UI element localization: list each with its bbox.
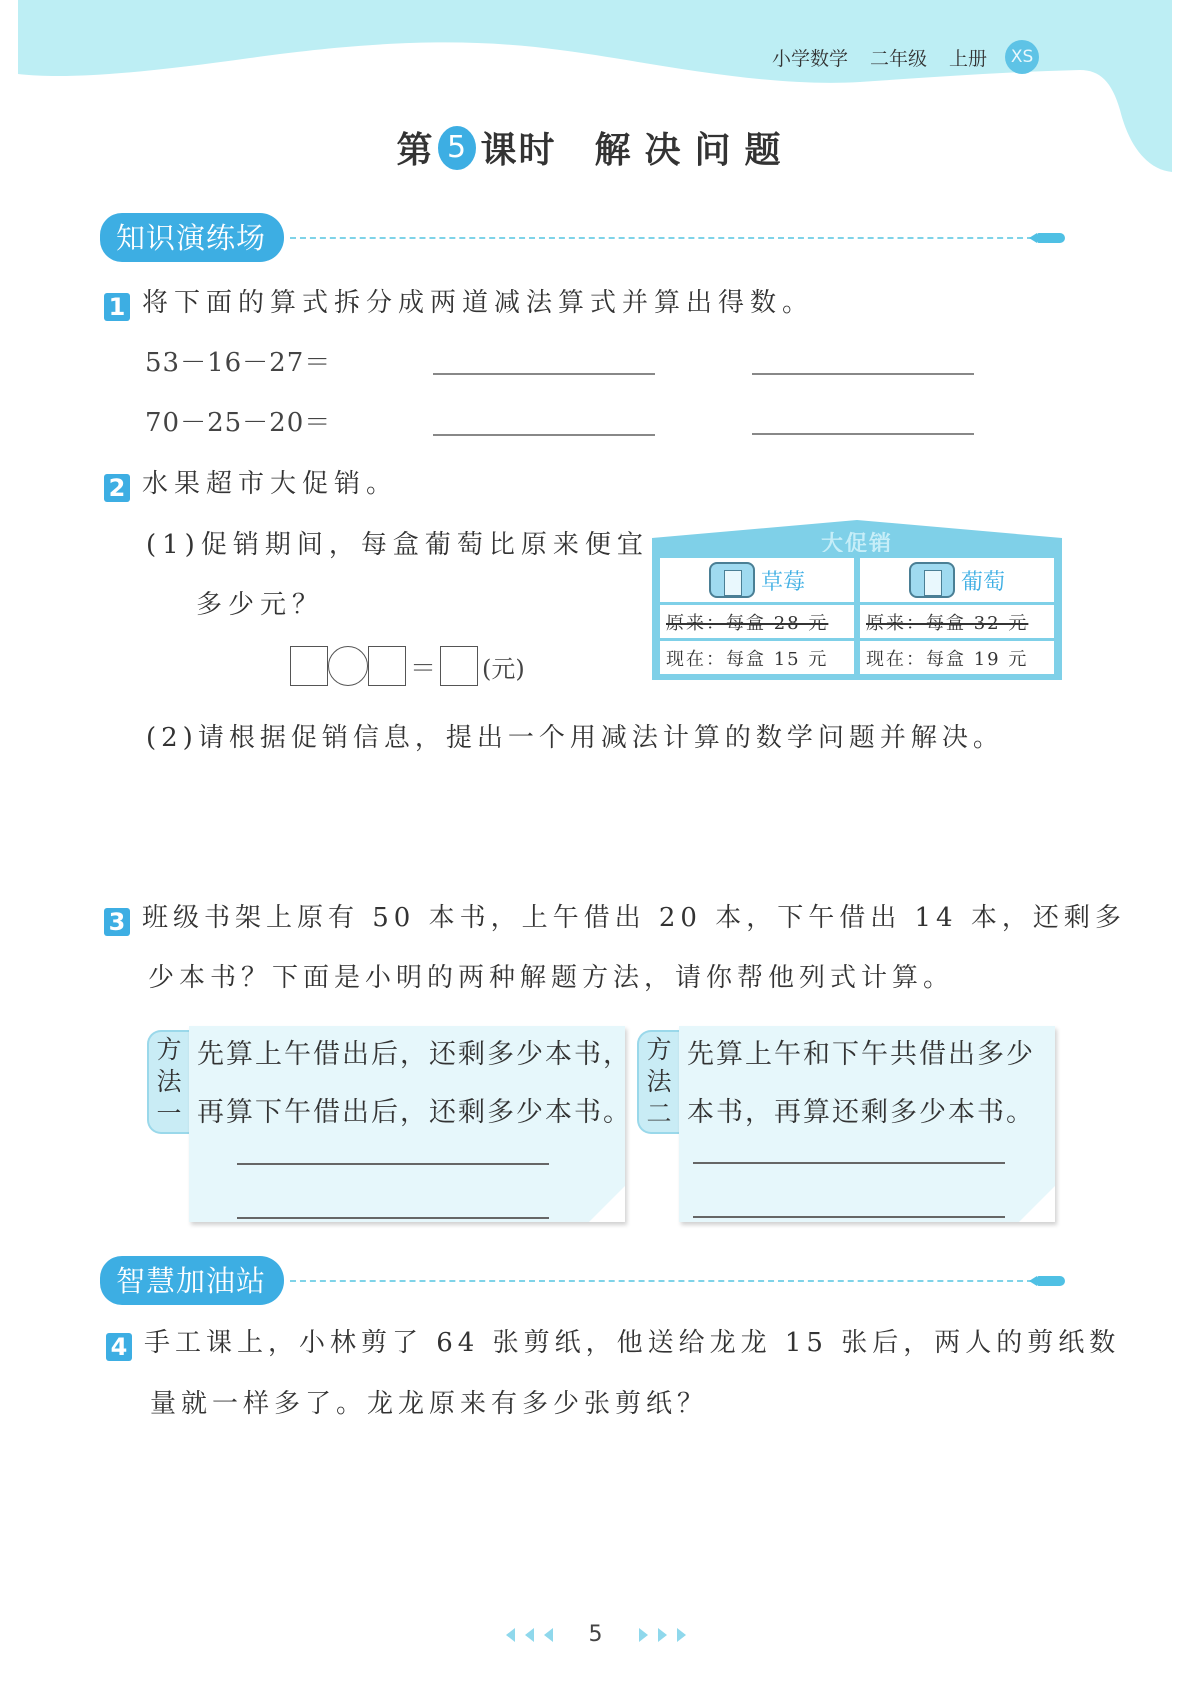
left-arrow-icon	[506, 1628, 515, 1642]
pencil-icon	[1037, 233, 1065, 243]
grade-label: 二年级	[870, 44, 927, 71]
dashed-divider	[290, 237, 1033, 239]
answer-blank[interactable]	[237, 1217, 549, 1219]
answer-formula: ＝ (元)	[290, 646, 525, 686]
subject-label: 小学数学	[772, 44, 848, 71]
page-fold-corner	[1019, 1186, 1055, 1222]
left-arrow-icon	[544, 1628, 553, 1642]
tab-char: 方	[646, 1034, 671, 1066]
product-name-row: 草莓	[660, 558, 854, 602]
question-2-part-2: (2)请根据促销信息，提出一个用减法计算的数学问题并解决。	[146, 717, 1004, 754]
question-text: 将下面的算式拆分成两道减法算式并算出得数。	[142, 288, 814, 318]
tab-char: 法	[646, 1066, 671, 1098]
xs-badge: XS	[1005, 40, 1039, 74]
section-label: 智慧加油站	[100, 1256, 284, 1305]
promo-item-strawberry: 草莓 原来：每盒 28 元 现在：每盒 15 元	[660, 558, 854, 674]
method-description: 先算上午和下午共借出多少 本书，再算还剩多少本书。	[687, 1026, 1035, 1142]
method-card-2: 方 法 二 先算上午和下午共借出多少 本书，再算还剩多少本书。	[637, 1026, 1057, 1222]
answer-blank[interactable]	[693, 1216, 1005, 1218]
title-topic: 解决问题	[595, 122, 795, 173]
unit-label: (元)	[482, 649, 525, 684]
answer-area[interactable]	[146, 770, 1046, 880]
answer-blank[interactable]	[693, 1162, 1005, 1164]
current-price: 现在：每盒 15 元	[660, 641, 854, 674]
book-info: 小学数学 二年级 上册 XS	[772, 40, 1039, 74]
equation-1: 53－16－27＝	[145, 342, 331, 379]
method-line-2: 本书，再算还剩多少本书。	[687, 1084, 1035, 1142]
lesson-number-badge: 5	[438, 126, 476, 170]
question-text-line-1: 班级书架上原有 50 本书，上午借出 20 本，下午借出 14 本，还剩多	[142, 903, 1126, 933]
method-line-2: 再算下午借出后，还剩多少本书。	[197, 1084, 632, 1142]
answer-area[interactable]	[150, 1430, 1050, 1590]
operator-circle[interactable]	[328, 646, 368, 686]
question-text-line-1: 手工课上，小林剪了 64 张剪纸，他送给龙龙 15 张后，两人的剪纸数	[144, 1328, 1120, 1358]
title-suffix: 课时	[480, 122, 556, 173]
question-text: 水果超市大促销。	[142, 469, 398, 499]
product-name: 葡萄	[961, 565, 1005, 596]
question-2: 2水果超市大促销。	[104, 463, 398, 502]
method-line-1: 先算上午和下午共借出多少	[687, 1026, 1035, 1084]
method-line-1: 先算上午借出后，还剩多少本书，	[197, 1026, 632, 1084]
equation-2: 70－25－20＝	[145, 402, 331, 439]
question-number-badge: 3	[104, 908, 130, 936]
strawberry-box-icon	[709, 562, 755, 598]
method-card-1: 方 法 一 先算上午借出后，还剩多少本书， 再算下午借出后，还剩多少本书。	[147, 1026, 625, 1222]
answer-blank[interactable]	[752, 433, 974, 435]
left-arrow-icon	[525, 1628, 534, 1642]
current-price: 现在：每盒 19 元	[860, 641, 1054, 674]
tab-char: 一	[156, 1098, 181, 1130]
equals-sign: ＝	[410, 648, 436, 685]
dashed-divider	[290, 1280, 1033, 1282]
title-prefix: 第	[396, 122, 434, 173]
page-number: 5	[589, 1622, 603, 1647]
question-1: 1将下面的算式拆分成两道减法算式并算出得数。	[104, 282, 814, 321]
question-2-part-1-line-1: (1)促销期间，每盒葡萄比原来便宜	[146, 524, 649, 561]
section-header-practice: 知识演练场	[100, 213, 1065, 262]
promo-body: 草莓 原来：每盒 28 元 现在：每盒 15 元 葡萄 原来：每盒 32 元 现…	[652, 552, 1062, 680]
section-label: 知识演练场	[100, 213, 284, 262]
original-price: 原来：每盒 32 元	[860, 605, 1054, 638]
question-3: 3班级书架上原有 50 本书，上午借出 20 本，下午借出 14 本，还剩多	[104, 897, 1126, 936]
right-arrow-icon	[658, 1628, 667, 1642]
page-fold-corner	[589, 1186, 625, 1222]
right-arrow-icon	[677, 1628, 686, 1642]
question-number-badge: 4	[106, 1333, 132, 1361]
answer-box[interactable]	[290, 646, 328, 686]
page-title: 第 5 课时 解决问题	[0, 122, 1191, 173]
promotion-sign: 大促销 草莓 原来：每盒 28 元 现在：每盒 15 元 葡萄 原来：每盒 32…	[652, 520, 1062, 680]
method-card-body: 先算上午和下午共借出多少 本书，再算还剩多少本书。	[679, 1026, 1055, 1222]
method-tab: 方 法 二	[637, 1030, 679, 1134]
question-text-line-2: 量就一样多了。龙龙原来有多少张剪纸？	[150, 1383, 708, 1420]
tab-char: 法	[156, 1066, 181, 1098]
answer-blank[interactable]	[237, 1163, 549, 1165]
pencil-icon	[1037, 1276, 1065, 1286]
product-name: 草莓	[761, 565, 805, 596]
method-description: 先算上午借出后，还剩多少本书， 再算下午借出后，还剩多少本书。	[197, 1026, 632, 1142]
answer-blank[interactable]	[752, 373, 974, 375]
tab-char: 方	[156, 1034, 181, 1066]
method-tab: 方 法 一	[147, 1030, 189, 1134]
question-text-line-2: 少本书？下面是小明的两种解题方法，请你帮他列式计算。	[148, 957, 954, 994]
volume-label: 上册	[949, 44, 987, 71]
grape-box-icon	[909, 562, 955, 598]
question-4: 4手工课上，小林剪了 64 张剪纸，他送给龙龙 15 张后，两人的剪纸数	[106, 1322, 1120, 1361]
question-2-part-1-line-2: 多少元？	[196, 584, 324, 621]
question-number-badge: 2	[104, 474, 130, 502]
page-footer: 5	[0, 1622, 1191, 1647]
tab-char: 二	[646, 1098, 671, 1130]
section-header-challenge: 智慧加油站	[100, 1256, 1065, 1305]
product-name-row: 葡萄	[860, 558, 1054, 602]
answer-blank[interactable]	[433, 434, 655, 436]
promo-item-grape: 葡萄 原来：每盒 32 元 现在：每盒 19 元	[860, 558, 1054, 674]
answer-box[interactable]	[368, 646, 406, 686]
original-price: 原来：每盒 28 元	[660, 605, 854, 638]
right-arrow-icon	[639, 1628, 648, 1642]
answer-blank[interactable]	[433, 373, 655, 375]
answer-box[interactable]	[440, 646, 478, 686]
method-card-body: 先算上午借出后，还剩多少本书， 再算下午借出后，还剩多少本书。	[189, 1026, 625, 1222]
question-number-badge: 1	[104, 293, 130, 321]
